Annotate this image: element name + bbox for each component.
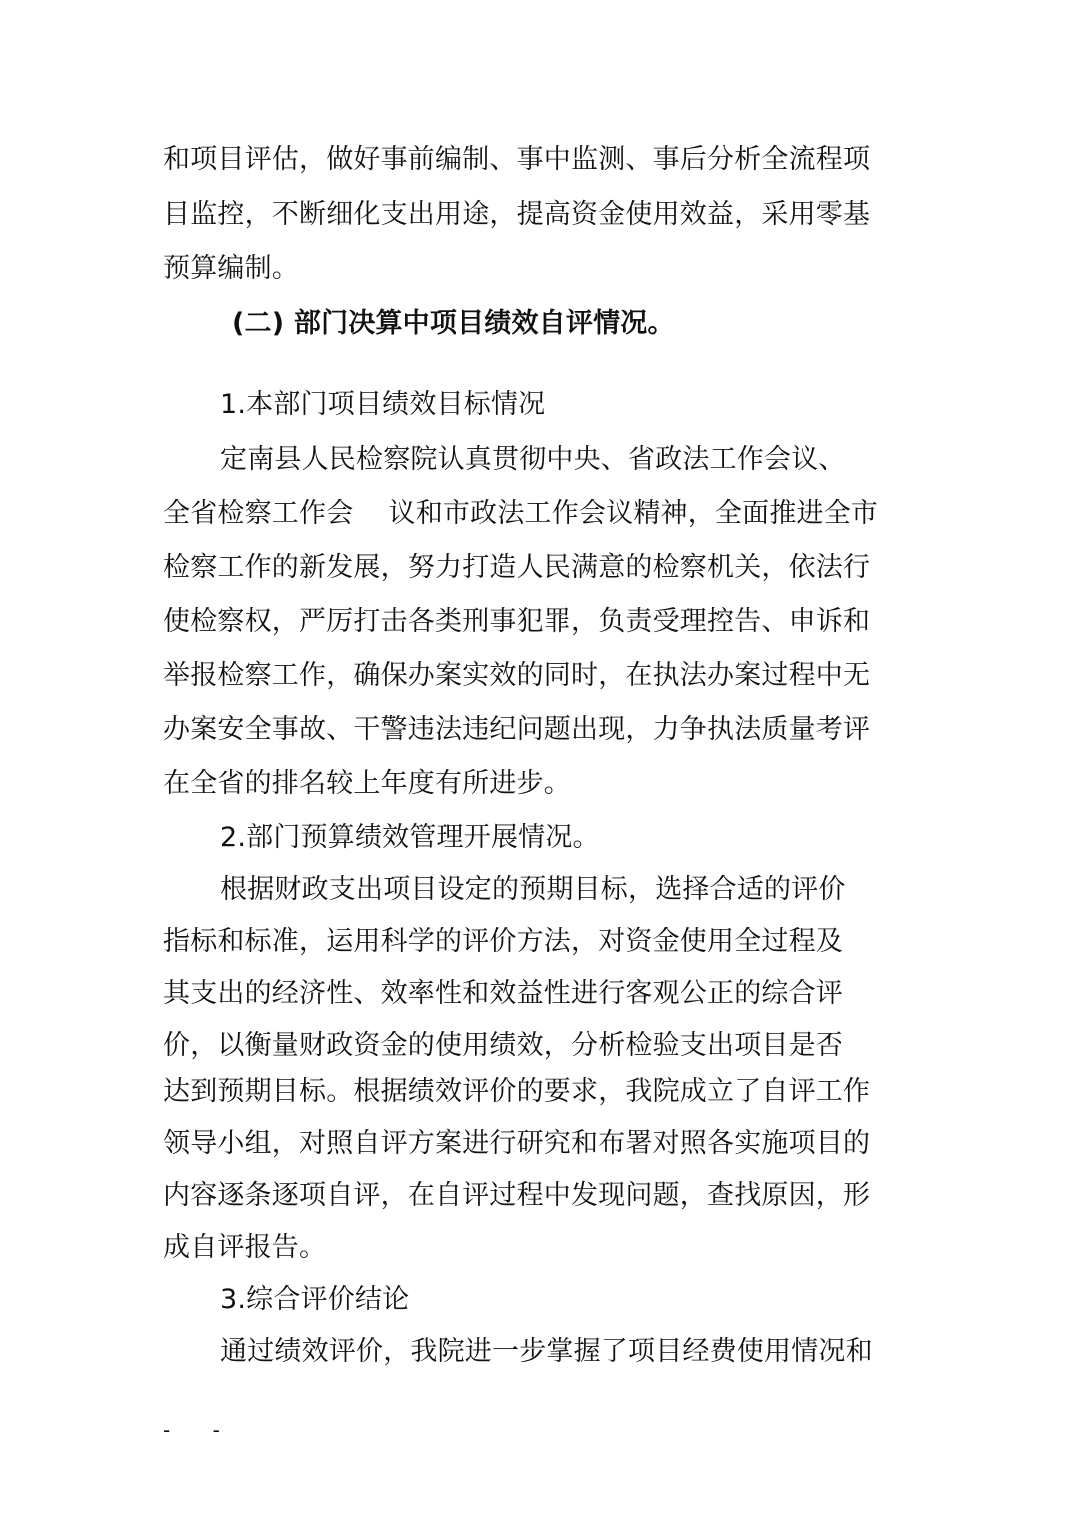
subsection-title: 2.部门预算绩效管理开展情况。 xyxy=(220,821,600,855)
subsection-title: 1.本部门项目绩效目标情况 xyxy=(220,388,545,422)
text-line: 检察工作的新发展，努力打造人民满意的检察机关，依法行 xyxy=(163,551,870,585)
text-line: 其支出的经济性、效率性和效益性进行客观公正的综合评 xyxy=(163,977,843,1011)
text-line: 目监控，不断细化支出用途，提高资金使用效益，采用零基 xyxy=(163,198,870,232)
text-line: 在全省的排名较上年度有所进步。 xyxy=(163,767,571,801)
subsection-title: 3.综合评价结论 xyxy=(220,1283,409,1317)
text-line: 办案安全事故、干警违法违纪问题出现，力争执法质量考评 xyxy=(163,713,870,747)
text-line: 根据财政支出项目设定的预期目标，选择合适的评价 xyxy=(220,873,846,907)
text-line: 成自评报告。 xyxy=(163,1231,326,1265)
text-line: 领导小组，对照自评方案进行研究和布署对照各实施项目的 xyxy=(163,1127,870,1161)
text-line: 使检察权，严厉打击各类刑事犯罪，负责受理控告、申诉和 xyxy=(163,605,870,639)
text-line: 指标和标准，运用科学的评价方法，对资金使用全过程及 xyxy=(163,925,843,959)
text-line: 达到预期目标。根据绩效评价的要求，我院成立了自评工作 xyxy=(163,1075,870,1109)
text-line: 内容逐条逐项自评，在自评过程中发现问题，查找原因，形 xyxy=(163,1179,870,1213)
text-line: 价，以衡量财政资金的使用绩效，分析检验支出项目是否 xyxy=(163,1029,843,1063)
page-footer: - - xyxy=(163,1418,238,1442)
text-line: 和项目评估，做好事前编制、事中监测、事后分析全流程项 xyxy=(163,143,870,177)
text-line: 举报检察工作，确保办案实效的同时，在执法办案过程中无 xyxy=(163,659,870,693)
section-heading: (二) 部门决算中项目绩效自评情况。 xyxy=(232,307,675,341)
text-line: 预算编制。 xyxy=(163,252,299,286)
text-line: 全省检察工作会 议和市政法工作会议精神，全面推进全市 xyxy=(163,497,878,531)
text-line: 通过绩效评价，我院进一步掌握了项目经费使用情况和 xyxy=(220,1335,873,1369)
text-line: 定南县人民检察院认真贯彻中央、省政法工作会议、 xyxy=(220,443,846,477)
